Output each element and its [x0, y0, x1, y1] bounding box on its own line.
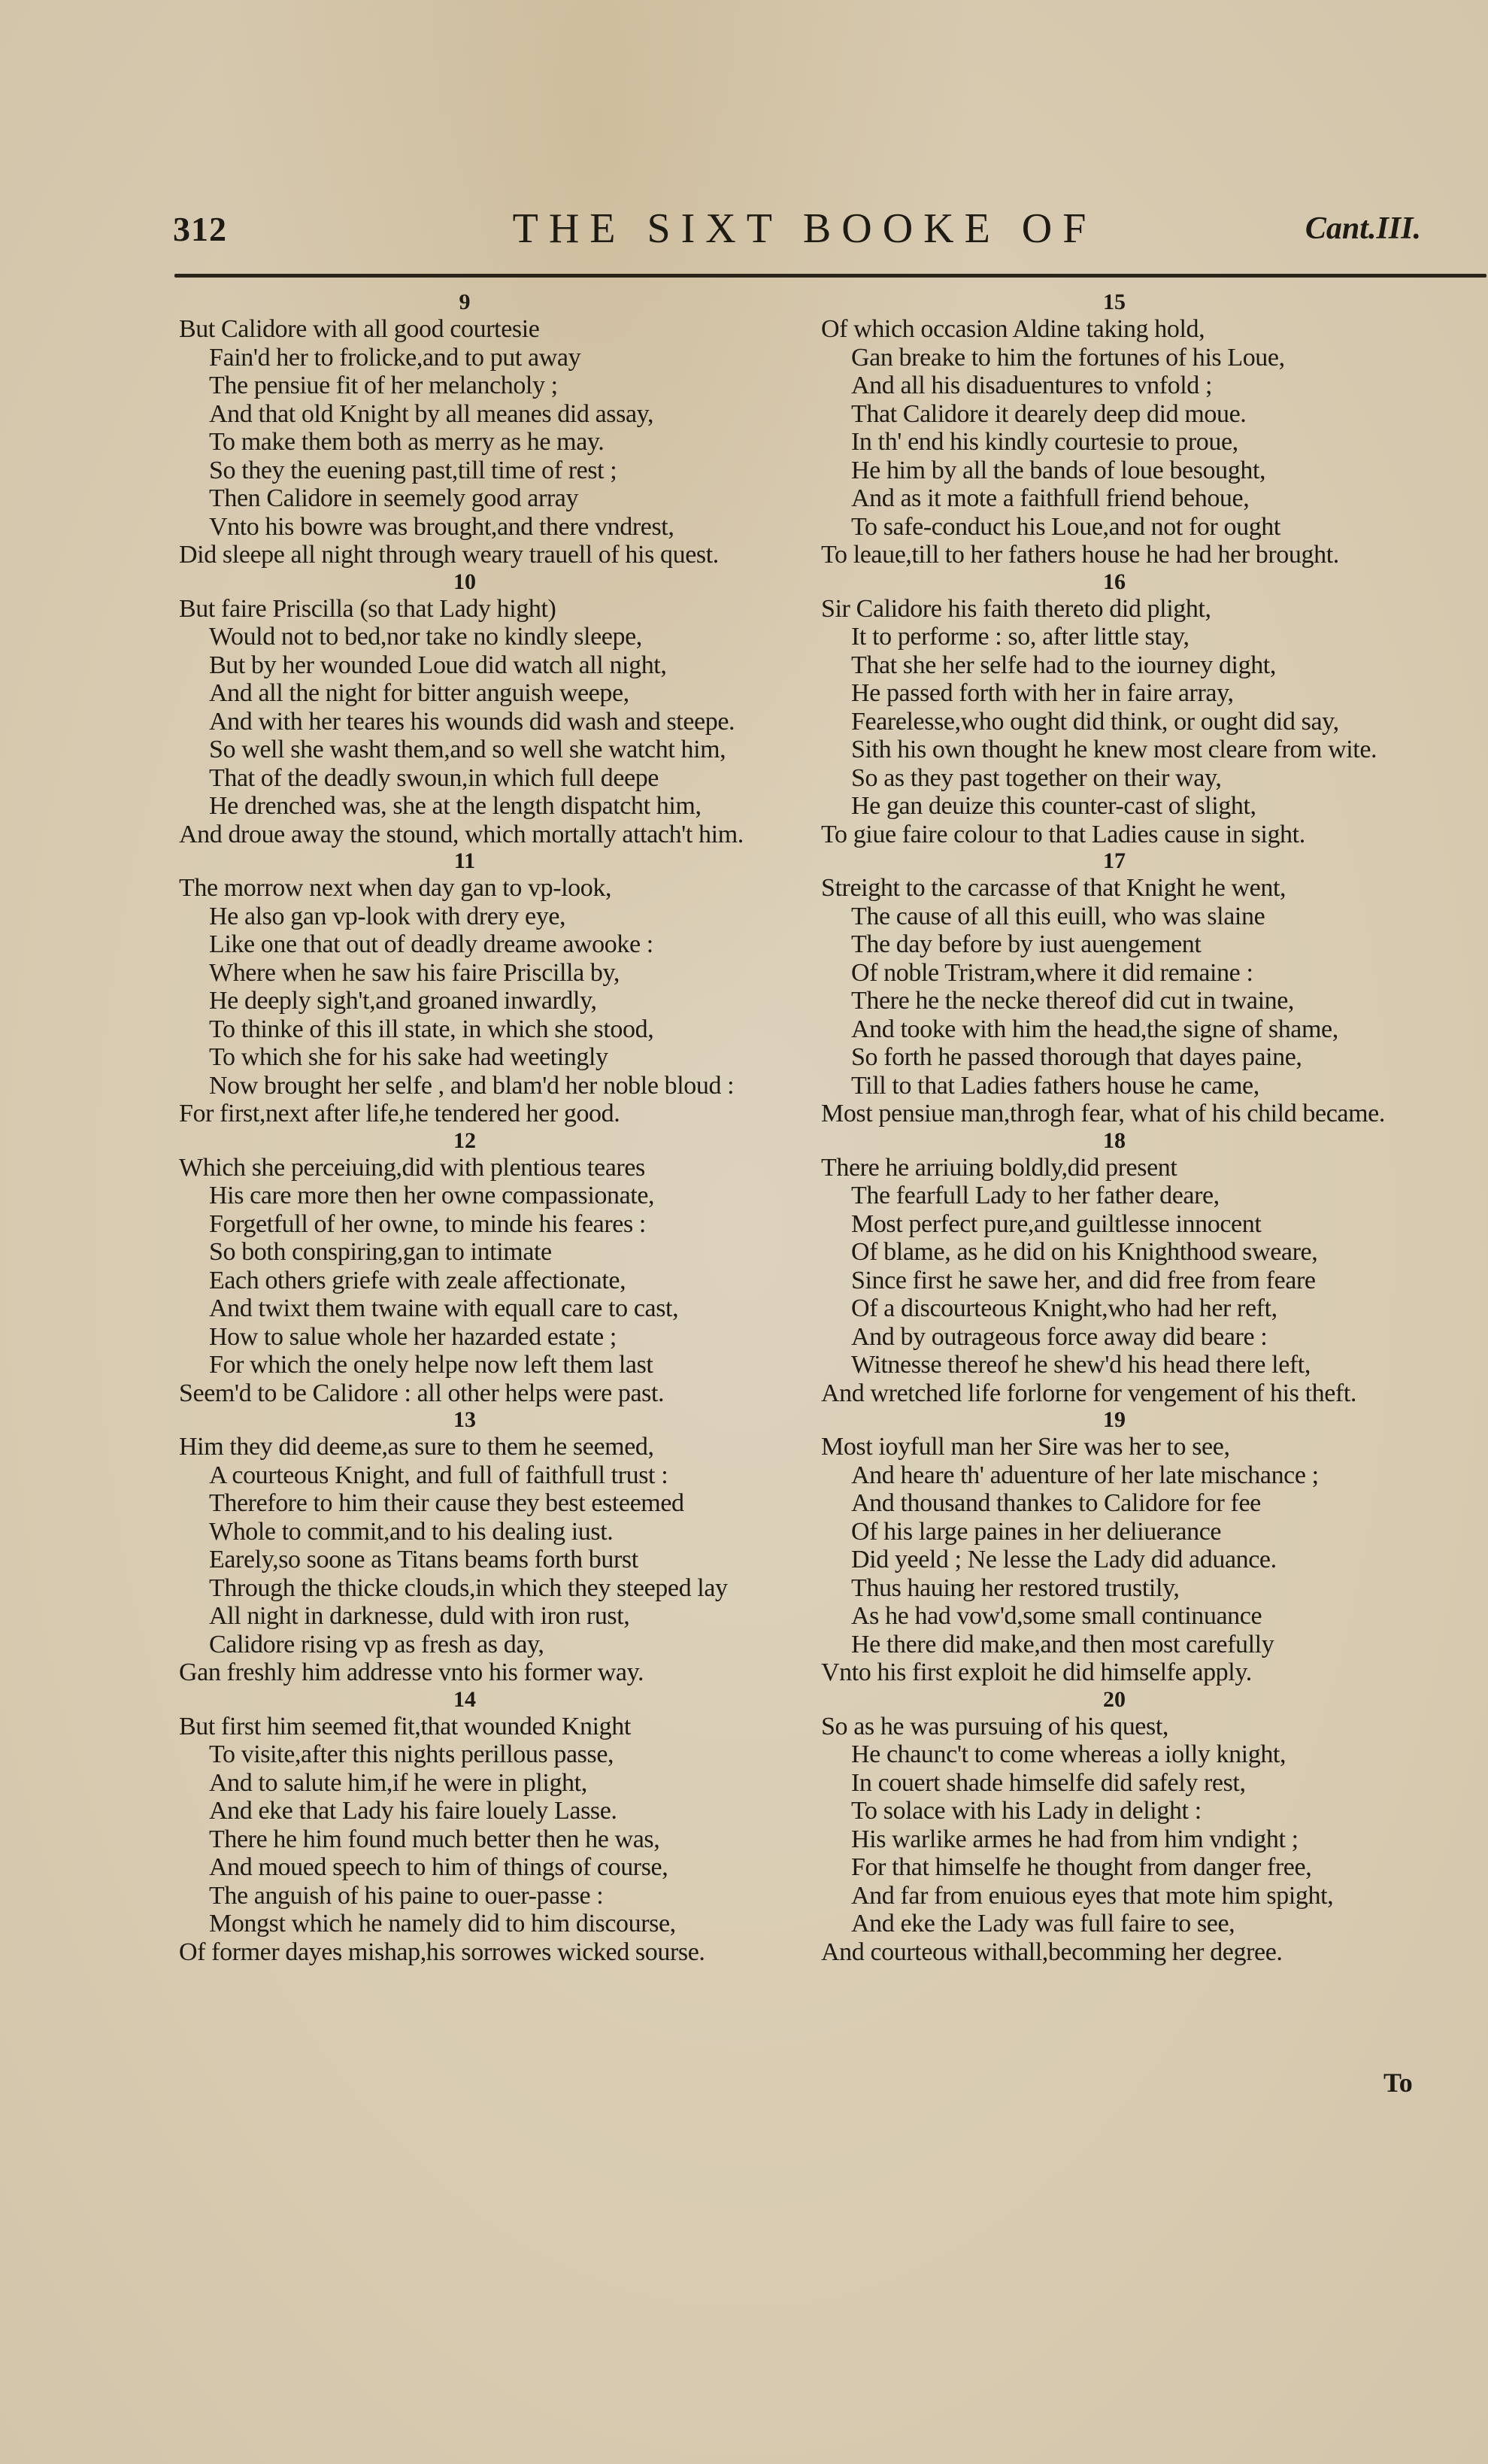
header-rule — [174, 274, 1486, 278]
verse-line: A courteous Knight, and full of faithful… — [179, 1461, 796, 1490]
verse-line: To solace with his Lady in delight : — [821, 1797, 1453, 1825]
verse-line: So they the euening past,till time of re… — [179, 457, 796, 485]
stanza-number: 9 — [179, 290, 796, 315]
page-number: 312 — [173, 209, 227, 249]
stanza: 9But Calidore with all good courtesieFai… — [179, 290, 796, 569]
verse-line: And eke that Lady his faire louely Lasse… — [179, 1797, 796, 1825]
catchword: To — [1383, 2067, 1413, 2098]
verse-line: And as it mote a faithfull friend behoue… — [821, 484, 1453, 513]
verse-line: There he arriuing boldly,did present — [821, 1154, 1453, 1182]
verse-line: Of a discourteous Knight,who had her ref… — [821, 1294, 1453, 1323]
stanza-number: 16 — [821, 569, 1453, 595]
verse-line: The fearfull Lady to her father deare, — [821, 1182, 1453, 1210]
verse-line: Vnto his bowre was brought,and there vnd… — [179, 513, 796, 542]
verse-line: He deeply sigh't,and groaned inwardly, — [179, 987, 796, 1015]
verse-line: Calidore rising vp as fresh as day, — [179, 1631, 796, 1659]
verse-line: Therefore to him their cause they best e… — [179, 1489, 796, 1518]
stanza: 16Sir Calidore his faith thereto did pli… — [821, 569, 1453, 849]
canto-label: Cant.III. — [1305, 211, 1421, 247]
verse-line: He also gan vp-look with drery eye, — [179, 903, 796, 931]
verse-line: Now brought her selfe , and blam'd her n… — [179, 1072, 796, 1100]
verse-line: He passed forth with her in faire array, — [821, 679, 1453, 708]
verse-line: Most ioyfull man her Sire was her to see… — [821, 1433, 1453, 1461]
verse-line: Most pensiue man,throgh fear, what of hi… — [821, 1100, 1453, 1128]
verse-line: His care more then her owne compassionat… — [179, 1182, 796, 1210]
verse-line: Mongst which he namely did to him discou… — [179, 1910, 796, 1938]
stanza-number: 10 — [179, 569, 796, 595]
stanza: 11The morrow next when day gan to vp-loo… — [179, 848, 796, 1128]
stanza-number: 17 — [821, 848, 1453, 874]
stanza: 19Most ioyfull man her Sire was her to s… — [821, 1407, 1453, 1687]
stanza-number: 18 — [821, 1128, 1453, 1154]
verse-line: So both conspiring,gan to intimate — [179, 1238, 796, 1267]
stanza: 15Of which occasion Aldine taking hold,G… — [821, 290, 1453, 569]
verse-line: To safe-conduct his Loue,and not for oug… — [821, 513, 1453, 542]
verse-line: The cause of all this euill, who was sla… — [821, 903, 1453, 931]
verse-line: And by outrageous force away did beare : — [821, 1323, 1453, 1352]
verse-line: But by her wounded Loue did watch all ni… — [179, 651, 796, 680]
stanza-number: 11 — [179, 848, 796, 874]
verse-line: Which she perceiuing,did with plentious … — [179, 1154, 796, 1182]
verse-line: Sith his own thought he knew most cleare… — [821, 736, 1453, 764]
verse-line: Of former dayes mishap,his sorrowes wick… — [179, 1938, 796, 1967]
verse-line: Gan freshly him addresse vnto his former… — [179, 1658, 796, 1687]
verse-line: Thus hauing her restored trustily, — [821, 1574, 1453, 1603]
verse-line: And far from enuious eyes that mote him … — [821, 1882, 1453, 1910]
verse-line: That of the deadly swoun,in which full d… — [179, 764, 796, 793]
verse-line: Of blame, as he did on his Knighthood sw… — [821, 1238, 1453, 1267]
verse-line: Of which occasion Aldine taking hold, — [821, 315, 1453, 344]
verse-line: For which the onely helpe now left them … — [179, 1351, 796, 1379]
verse-line: He gan deuize this counter-cast of sligh… — [821, 792, 1453, 821]
verse-line: He chaunc't to come whereas a iolly knig… — [821, 1740, 1453, 1769]
verse-line: That she her selfe had to the iourney di… — [821, 651, 1453, 680]
verse-line: To giue faire colour to that Ladies caus… — [821, 821, 1453, 849]
verse-line: To leaue,till to her fathers house he ha… — [821, 541, 1453, 569]
verse-line: But faire Priscilla (so that Lady hight) — [179, 595, 796, 624]
verse-line: Fain'd her to frolicke,and to put away — [179, 344, 796, 372]
stanza-number: 12 — [179, 1128, 796, 1154]
verse-line: But Calidore with all good courtesie — [179, 315, 796, 344]
stanza-number: 13 — [179, 1407, 796, 1433]
stanza: 18There he arriuing boldly,did presentTh… — [821, 1128, 1453, 1408]
verse-line: To visite,after this nights perillous pa… — [179, 1740, 796, 1769]
verse-line: And heare th' aduenture of her late misc… — [821, 1461, 1453, 1490]
verse-line: There he the necke thereof did cut in tw… — [821, 987, 1453, 1015]
verse-line: The anguish of his paine to ouer-passe : — [179, 1882, 796, 1910]
verse-line: Sir Calidore his faith thereto did pligh… — [821, 595, 1453, 624]
verse-line: So well she washt them,and so well she w… — [179, 736, 796, 764]
running-header: 312 THE SIXT BOOKE OF Cant.III. — [173, 205, 1451, 257]
verse-line: To which she for his sake had weetingly — [179, 1043, 796, 1072]
verse-line: Would not to bed,nor take no kindly slee… — [179, 623, 796, 651]
verse-line: Earely,so soone as Titans beams forth bu… — [179, 1546, 796, 1574]
stanza: 12Which she perceiuing,did with plentiou… — [179, 1128, 796, 1408]
verse-line: And that old Knight by all meanes did as… — [179, 400, 796, 429]
stanza: 14But first him seemed fit,that wounded … — [179, 1687, 796, 1967]
verse-line: But first him seemed fit,that wounded Kn… — [179, 1713, 796, 1741]
verse-line: He drenched was, she at the length dispa… — [179, 792, 796, 821]
verse-line: Vnto his first exploit he did himselfe a… — [821, 1658, 1453, 1687]
verse-line: Did sleepe all night through weary traue… — [179, 541, 796, 569]
verse-line: Through the thicke clouds,in which they … — [179, 1574, 796, 1603]
verse-line: And droue away the stound, which mortall… — [179, 821, 796, 849]
stanza: 10But faire Priscilla (so that Lady high… — [179, 569, 796, 849]
verse-line: Gan breake to him the fortunes of his Lo… — [821, 344, 1453, 372]
verse-line: And to salute him,if he were in plight, — [179, 1769, 796, 1798]
verse-line: Forgetfull of her owne, to minde his fea… — [179, 1210, 796, 1239]
running-title: THE SIXT BOOKE OF — [504, 205, 1105, 253]
verse-line: For that himselfe he thought from danger… — [821, 1853, 1453, 1882]
verse-line: His warlike armes he had from him vndigh… — [821, 1825, 1453, 1854]
verse-line: And with her teares his wounds did wash … — [179, 708, 796, 736]
verse-line: Till to that Ladies fathers house he cam… — [821, 1072, 1453, 1100]
stanza: 17Streight to the carcasse of that Knigh… — [821, 848, 1453, 1128]
verse-line: And all the night for bitter anguish wee… — [179, 679, 796, 708]
verse-line: So as they past together on their way, — [821, 764, 1453, 793]
verse-line: Since first he sawe her, and did free fr… — [821, 1267, 1453, 1295]
verse-line: Like one that out of deadly dreame awook… — [179, 930, 796, 959]
verse-line: Seem'd to be Calidore : all other helps … — [179, 1379, 796, 1408]
verse-line: And eke the Lady was full faire to see, — [821, 1910, 1453, 1938]
verse-line: To thinke of this ill state, in which sh… — [179, 1015, 796, 1044]
verse-line: To make them both as merry as he may. — [179, 428, 796, 457]
verse-line: Whole to commit,and to his dealing iust. — [179, 1518, 796, 1546]
verse-line: Fearelesse,who ought did think, or ought… — [821, 708, 1453, 736]
verse-line: Streight to the carcasse of that Knight … — [821, 874, 1453, 903]
verse-line: And moued speech to him of things of cou… — [179, 1853, 796, 1882]
stanza-number: 14 — [179, 1687, 796, 1713]
verse-line: The day before by iust auengement — [821, 930, 1453, 959]
verse-line: There he him found much better then he w… — [179, 1825, 796, 1854]
verse-line: In couert shade himselfe did safely rest… — [821, 1769, 1453, 1798]
verse-line: So as he was pursuing of his quest, — [821, 1713, 1453, 1741]
verse-line: He there did make,and then most carefull… — [821, 1631, 1453, 1659]
verse-line: Of his large paines in her deliuerance — [821, 1518, 1453, 1546]
verse-line: Each others griefe with zeale affectiona… — [179, 1267, 796, 1295]
verse-line: And twixt them twaine with equall care t… — [179, 1294, 796, 1323]
stanza: 20So as he was pursuing of his quest,He … — [821, 1687, 1453, 1967]
left-column: 9But Calidore with all good courtesieFai… — [179, 290, 796, 1966]
verse-line: Witnesse thereof he shew'd his head ther… — [821, 1351, 1453, 1379]
stanza-number: 15 — [821, 290, 1453, 315]
stanza-number: 19 — [821, 1407, 1453, 1433]
verse-line: And all his disaduentures to vnfold ; — [821, 372, 1453, 400]
verse-line: Of noble Tristram,where it did remaine : — [821, 959, 1453, 988]
verse-line: In th' end his kindly courtesie to proue… — [821, 428, 1453, 457]
right-column: 15Of which occasion Aldine taking hold,G… — [821, 290, 1453, 1966]
verse-line: Him they did deeme,as sure to them he se… — [179, 1433, 796, 1461]
verse-line: How to salue whole her hazarded estate ; — [179, 1323, 796, 1352]
stanza: 13Him they did deeme,as sure to them he … — [179, 1407, 796, 1687]
verse-line: Then Calidore in seemely good array — [179, 484, 796, 513]
verse-line: Where when he saw his faire Priscilla by… — [179, 959, 796, 988]
verse-line: And thousand thankes to Calidore for fee — [821, 1489, 1453, 1518]
verse-line: It to performe : so, after little stay, — [821, 623, 1453, 651]
stanza-number: 20 — [821, 1687, 1453, 1713]
verse-line: The morrow next when day gan to vp-look, — [179, 874, 796, 903]
verse-line: As he had vow'd,some small continuance — [821, 1602, 1453, 1631]
verse-line: The pensiue fit of her melancholy ; — [179, 372, 796, 400]
verse-line: That Calidore it dearely deep did moue. — [821, 400, 1453, 429]
verse-line: Most perfect pure,and guiltlesse innocen… — [821, 1210, 1453, 1239]
verse-line: And wretched life forlorne for vengement… — [821, 1379, 1453, 1408]
verse-line: And tooke with him the head,the signe of… — [821, 1015, 1453, 1044]
verse-line: And courteous withall,becomming her degr… — [821, 1938, 1453, 1967]
verse-line: For first,next after life,he tendered he… — [179, 1100, 796, 1128]
verse-line: So forth he passed thorough that dayes p… — [821, 1043, 1453, 1072]
verse-line: All night in darknesse, duld with iron r… — [179, 1602, 796, 1631]
verse-line: He him by all the bands of loue besought… — [821, 457, 1453, 485]
verse-line: Did yeeld ; Ne lesse the Lady did aduanc… — [821, 1546, 1453, 1574]
